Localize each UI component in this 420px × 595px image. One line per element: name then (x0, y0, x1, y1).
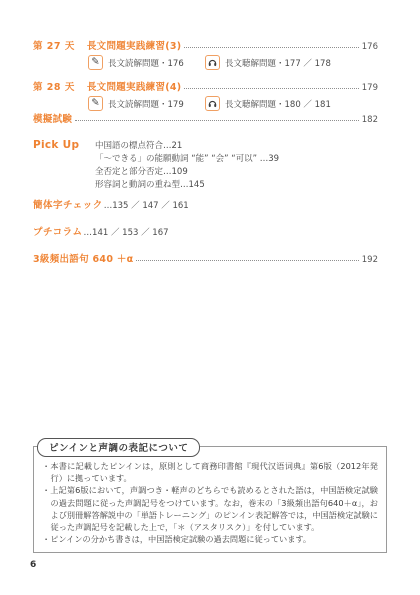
entry-pages: …141 ／ 153 ／ 167 (84, 226, 169, 238)
pickup-item: 全否定と部分否定…109 (95, 166, 279, 179)
pickup-heading: Pick Up (33, 139, 95, 192)
entry-label: 簡体字チェック (33, 197, 103, 211)
toc-entry-day27: 第 27 天 長文問題実践練習(3) 176 (33, 38, 378, 52)
pickup-item: 中国語の標点符合…21 (95, 140, 279, 153)
dot-leader (136, 256, 358, 261)
pinyin-note-box: ピンインと声調の表記について ・本書に記載したピンインは，原則として商務印書館『… (33, 446, 387, 553)
listening-subentry: 長文聴解問題・177 ／ 178 (225, 57, 331, 69)
entry-label: プチコラム (33, 224, 83, 238)
note-bullet: ・ピンインの分かち書きは，中国語検定試験の過去問題に従っています。 (42, 533, 378, 545)
day-label: 第 27 天 (33, 38, 75, 52)
day-label: 第 28 天 (33, 79, 75, 93)
dot-leader (184, 84, 358, 89)
dot-leader (75, 116, 359, 121)
pencil-icon: ✎ (88, 55, 103, 70)
pickup-item: 「～できる」の能願動詞 “能” “会” “可以” …39 (95, 153, 279, 166)
headphones-icon (205, 96, 220, 111)
pickup-section: Pick Up 中国語の標点符合…21 「～できる」の能願動詞 “能” “会” … (33, 139, 279, 192)
note-box-title: ピンインと声調の表記について (37, 438, 200, 457)
dot-leader (184, 43, 358, 48)
listening-subentry: 長文聴解問題・180 ／ 181 (225, 98, 331, 110)
toc-entry-petit-column: プチコラム …141 ／ 153 ／ 167 (33, 224, 169, 238)
reading-subentry: 長文読解問題・176 (108, 57, 184, 69)
book-toc-page: 第 27 天 長文問題実践練習(3) 176 ✎ 長文読解問題・176 長文聴解… (0, 0, 420, 595)
toc-page-number: 192 (362, 255, 378, 265)
toc-subentries-day27: ✎ 長文読解問題・176 長文聴解問題・177 ／ 178 (88, 55, 390, 70)
toc-entry-mock-exam: 模擬試験 182 (33, 111, 378, 125)
toc-entry-title: 模擬試験 (33, 111, 72, 125)
toc-page-number: 179 (362, 83, 378, 93)
page-number: 6 (30, 560, 36, 570)
reading-subentry: 長文読解問題・179 (108, 98, 184, 110)
toc-entry-kantaiji-check: 簡体字チェック …135 ／ 147 ／ 161 (33, 197, 189, 211)
toc-entry-title: 長文問題実践練習(3) (87, 38, 182, 52)
pickup-item: 形容詞と動詞の重ね型…145 (95, 179, 279, 192)
toc-page-number: 176 (362, 42, 378, 52)
toc-entry-vocab: 3級頻出語句 640 ＋α 192 (33, 251, 378, 265)
toc-page-number: 182 (362, 115, 378, 125)
pencil-icon: ✎ (88, 96, 103, 111)
note-bullet: ・上記第6版において，声調つき・軽声のどちらでも読めるとされた語は，中国語検定試… (42, 484, 378, 533)
toc-entry-day28: 第 28 天 長文問題実践練習(4) 179 (33, 79, 378, 93)
toc-subentries-day28: ✎ 長文読解問題・179 長文聴解問題・180 ／ 181 (88, 96, 390, 111)
toc-entry-title: 長文問題実践練習(4) (87, 79, 182, 93)
toc-entry-title: 3級頻出語句 640 ＋α (33, 251, 133, 265)
entry-pages: …135 ／ 147 ／ 161 (104, 199, 189, 211)
headphones-icon (205, 55, 220, 70)
note-bullet: ・本書に記載したピンインは，原則として商務印書館『現代汉语词典』第6版（2012… (42, 460, 378, 484)
